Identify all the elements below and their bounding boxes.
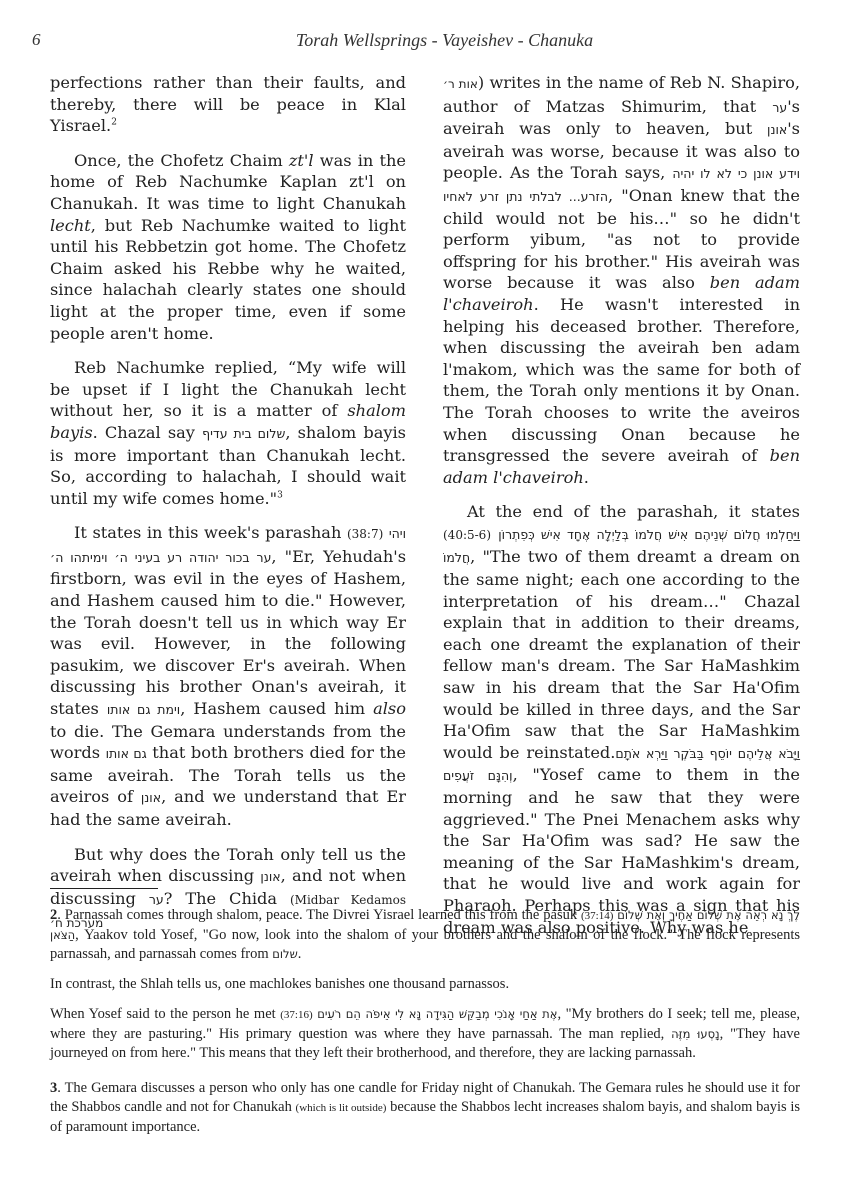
footnote-ref[interactable]: 2 [111,118,117,128]
right-column: אות ר׳) writes in the name of Reb N. Sha… [443,72,800,951]
italic-text: zt'l [289,151,314,170]
hebrew-text: ער [149,892,164,907]
page-header: 6 Torah Wellsprings - Vayeishev - Chanuk… [0,30,849,54]
verse-ref: (37:14) [581,910,613,922]
text: . [584,468,589,487]
hebrew-text: שלום בית עדיף [202,426,285,441]
footnote-2-continued: In contrast, the Shlah tells us, one mac… [50,975,800,994]
hebrew-text: ער [772,100,787,115]
footnote-3: 3. The Gemara discusses a person who onl… [50,1079,800,1137]
hebrew-text: אונן [767,122,787,137]
text: , but Reb Nachumke waited to light until… [50,216,406,343]
parenthetical: (which is lit outside) [296,1102,387,1114]
text: perfections rather than their faults, an… [50,73,406,135]
footnote-separator [50,888,158,889]
verse-ref: (38:7) [347,527,383,541]
text: At the end of the parashah, it states [467,502,800,521]
hebrew-text: נָסְעוּ מִזֶּה [671,1027,720,1041]
paragraph: אות ר׳) writes in the name of Reb N. Sha… [443,72,800,488]
hebrew-text: אונן [141,790,161,805]
hebrew-text: גם אותו [106,746,147,761]
text: ) writes in the name of Reb N. Shapiro, … [443,73,800,116]
paragraph: At the end of the parashah, it states (4… [443,501,800,938]
verse-ref: (40:5-6) [443,528,491,542]
text: . Parnassah comes through shalom, peace.… [57,907,581,923]
text: , "Er, Yehudah's firstborn, was evil in … [50,547,406,718]
hebrew-text: וימת גם אותו [107,702,180,717]
text: When Yosef said to the person he met [50,1006,280,1022]
text: Once, the Chofetz Chaim [74,151,289,170]
text: . He wasn't interested in helping his de… [443,295,800,465]
paragraph: perfections rather than their faults, an… [50,72,406,137]
running-title: Torah Wellsprings - Vayeishev - Chanuka [0,30,849,51]
footnote-2-continued: When Yosef said to the person he met (37… [50,1005,800,1063]
text: , "The two of them dreamt a dream on the… [443,547,800,761]
italic-text: lecht [50,216,91,235]
paragraph: It states in this week's parashah (38:7)… [50,522,406,830]
hebrew-text: שלום [272,947,297,961]
text: , Hashem caused him [180,699,373,718]
hebrew-text: אונן [260,869,280,884]
footnote-ref[interactable]: 3 [277,490,283,500]
hebrew-text: אֶת אַחַי אָנֹכִי מְבַקֵּשׁ הַגִּידָה נָ… [317,1007,557,1021]
footnote-2: 2. Parnassah comes through shalom, peace… [50,906,800,964]
verse-ref: (37:16) [280,1009,312,1021]
footnotes: 2. Parnassah comes through shalom, peace… [50,906,800,1148]
left-column: perfections rather than their faults, an… [50,72,406,948]
text: . [298,946,302,962]
paragraph: Reb Nachumke replied, “My wife will be u… [50,357,406,509]
italic-text: also [373,699,406,718]
text: It states in this week's parashah [74,523,347,542]
text: , Yaakov told Yosef, "Go now, look into … [50,927,800,962]
source-ref: (Midbar Kedamos [290,893,406,907]
text: ? The Chida [164,889,290,908]
hebrew-text: אות ר׳ [443,77,478,91]
paragraph: Once, the Chofetz Chaim zt'l was in the … [50,150,406,344]
text: . Chazal say [93,423,202,442]
